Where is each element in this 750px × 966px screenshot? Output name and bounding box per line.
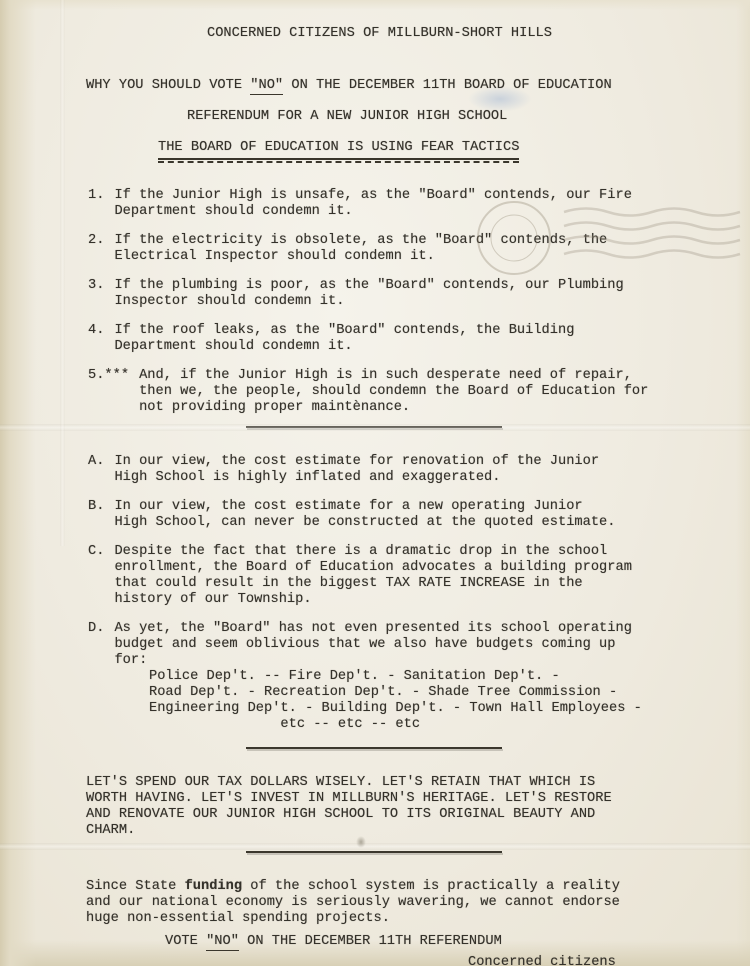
fold-crease — [0, 843, 750, 850]
numbered-point: 2. If the electricity is obsolete, as th… — [88, 233, 662, 265]
closing-paragraph: LET'S SPEND OUR TAX DOLLARS WISELY. LET'… — [86, 775, 662, 839]
headline-line-1-pre: WHY YOU SHOULD VOTE — [86, 78, 250, 93]
point-number: 4. — [88, 323, 104, 355]
signature: Concerned citizens — [468, 955, 616, 966]
headline-line-3-row: THE BOARD OF EDUCATION IS USING FEAR TAC… — [158, 140, 662, 160]
headline-line-1-post: ON THE DECEMBER 11TH BOARD OF EDUCATION — [283, 78, 612, 93]
budget-line: Police Dep't. -- Fire Dep't. - Sanitatio… — [149, 669, 662, 685]
section-divider — [246, 426, 502, 428]
lettered-point: B. In our view, the cost estimate for a … — [88, 499, 662, 531]
vote-line: VOTE "NO" ON THE DECEMBER 11TH REFERENDU… — [165, 934, 662, 950]
vote-pre: VOTE — [165, 934, 206, 949]
headline-line-1: WHY YOU SHOULD VOTE "NO" ON THE DECEMBER… — [86, 78, 662, 94]
point-letter: B. — [88, 499, 104, 531]
headline-line-2: REFERENDUM FOR A NEW JUNIOR HIGH SCHOOL — [187, 109, 662, 125]
budget-list: Police Dep't. -- Fire Dep't. - Sanitatio… — [149, 669, 662, 733]
fold-crease — [60, 0, 65, 546]
point-letter: C. — [88, 544, 104, 608]
point-number: 3. — [88, 278, 104, 310]
funding-paragraph: Since State funding of the school system… — [86, 879, 662, 927]
section-divider — [246, 747, 502, 749]
vote-no-emphasis: "NO" — [206, 934, 239, 951]
point-text: Despite the fact that there is a dramati… — [114, 544, 662, 608]
point-text: In our view, the cost estimate for renov… — [114, 454, 662, 486]
vote-post: ON THE DECEMBER 11TH REFERENDUM — [239, 934, 502, 949]
point-number: 5.*** — [88, 368, 129, 416]
point-letter: A. — [88, 454, 104, 486]
organization-title: CONCERNED CITIZENS OF MILLBURN-SHORT HIL… — [207, 26, 662, 42]
point-text: If the electricity is obsolete, as the "… — [114, 233, 662, 265]
budget-line: Engineering Dep't. - Building Dep't. - T… — [149, 701, 662, 717]
point-number: 1. — [88, 188, 104, 220]
numbered-point: 5.*** And, if the Junior High is in such… — [88, 368, 662, 416]
point-text: And, if the Junior High is in such despe… — [139, 368, 662, 416]
funding-emphasis: funding — [185, 879, 243, 894]
signature-row: Concerned citizens — [468, 955, 662, 966]
funding-pre: Since State — [86, 879, 185, 894]
scanned-flyer-page: CONCERNED CITIZENS OF MILLBURN-SHORT HIL… — [0, 0, 750, 966]
numbered-point: 1. If the Junior High is unsafe, as the … — [88, 188, 662, 220]
fear-tactics-heading: THE BOARD OF EDUCATION IS USING FEAR TAC… — [158, 140, 519, 160]
numbered-point: 3. If the plumbing is poor, as the "Boar… — [88, 278, 662, 310]
point-text: If the Junior High is unsafe, as the "Bo… — [114, 188, 662, 220]
point-text: If the plumbing is poor, as the "Board" … — [114, 278, 662, 310]
budget-line: Road Dep't. - Recreation Dep't. - Shade … — [149, 685, 662, 701]
point-number: 2. — [88, 233, 104, 265]
lettered-point: D. As yet, the "Board" has not even pres… — [88, 621, 662, 669]
numbered-point: 4. If the roof leaks, as the "Board" con… — [88, 323, 662, 355]
lettered-point: C. Despite the fact that there is a dram… — [88, 544, 662, 608]
point-text: As yet, the "Board" has not even present… — [114, 621, 662, 669]
section-divider — [246, 851, 502, 853]
point-text: If the roof leaks, as the "Board" conten… — [114, 323, 662, 355]
vote-no-emphasis: "NO" — [250, 78, 283, 95]
lettered-point: A. In our view, the cost estimate for re… — [88, 454, 662, 486]
point-letter: D. — [88, 621, 104, 669]
point-text: In our view, the cost estimate for a new… — [114, 499, 662, 531]
budget-line: etc -- etc -- etc — [149, 717, 662, 733]
